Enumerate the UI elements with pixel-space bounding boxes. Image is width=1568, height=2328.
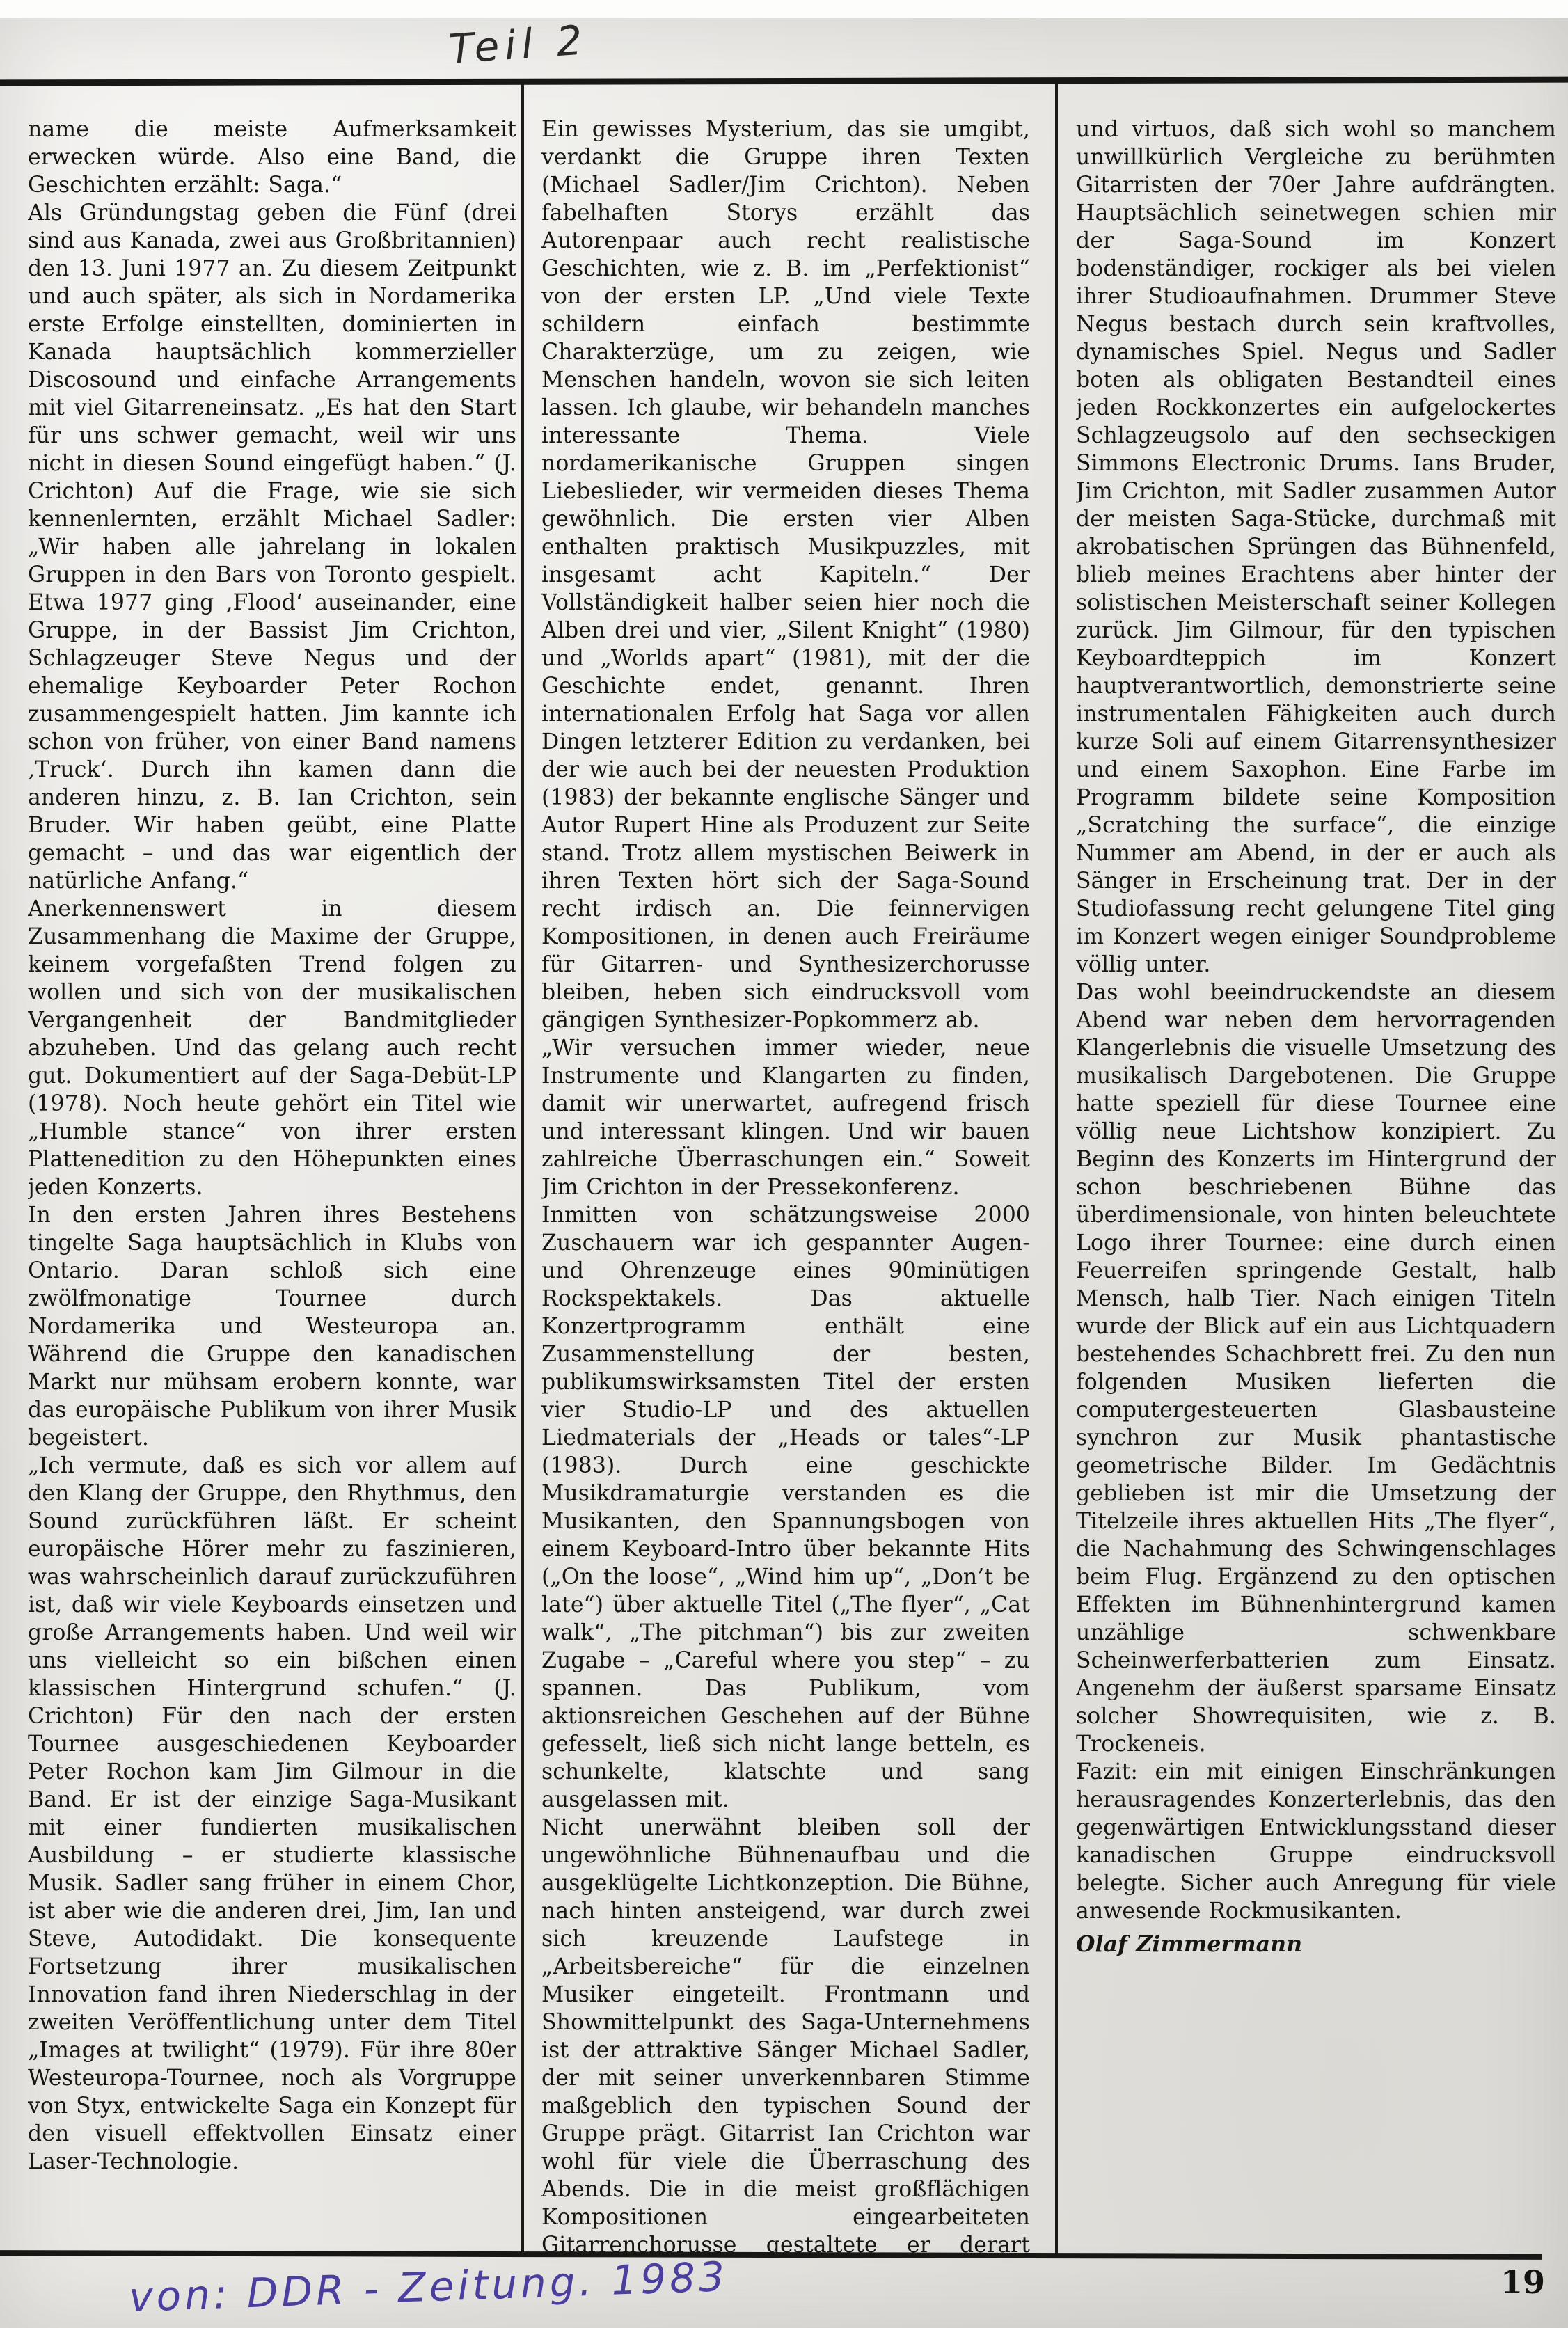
paragraph: Ein gewisses Mysterium, das sie umgibt, … [541,116,1030,1034]
column-divider-1 [521,84,524,2254]
article-column-3: und virtuos, daß sich wohl so manchem un… [1076,116,1556,2258]
column-divider-2 [1055,84,1058,2254]
paragraph: Das wohl beeindruckendste an diesem Aben… [1076,979,1556,1758]
scanned-page: Teil 2 name die meiste Aufmerksamkeit er… [0,0,1568,2328]
article-column-1: name die meiste Aufmerksamkeit erwecken … [28,116,516,2258]
paragraph: name die meiste Aufmerksamkeit erwecken … [28,116,516,199]
paragraph: und virtuos, daß sich wohl so manchem un… [1076,116,1556,979]
paragraph: Inmitten von schätzungsweise 2000 Zuscha… [541,1201,1030,1814]
paragraph: Als Gründungstag geben die Fünf (drei si… [28,199,516,895]
author-byline: Olaf Zimmermann [1076,1931,1556,1958]
paragraph: Nicht unerwähnt bleiben soll der ungewöh… [541,1814,1030,2258]
paragraph: „Ich vermute, daß es sich vor allem auf … [28,1452,516,2176]
paragraph: In den ersten Jahren ihres Bestehens tin… [28,1201,516,1452]
article-column-2: Ein gewisses Mysterium, das sie umgibt, … [541,116,1030,2258]
paragraph: „Wir versuchen immer wieder, neue Instru… [541,1034,1030,1201]
paragraph: Anerkennenswert in diesem Zusammenhang d… [28,895,516,1201]
handwritten-note-top: Teil 2 [448,16,589,73]
page-number: 19 [1462,2263,1545,2301]
paragraph: Fazit: ein mit einigen Einschränkungen h… [1076,1758,1556,1925]
